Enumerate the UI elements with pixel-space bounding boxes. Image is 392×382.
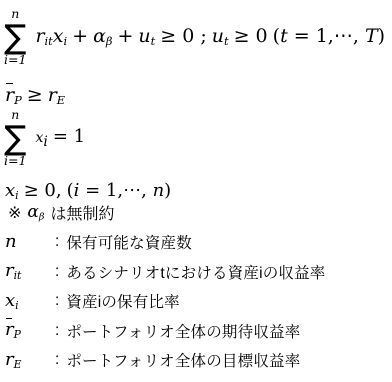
formula-document: n ∑ i=1 ritxi+αβ+ut≥ 0 ;ut≥ 0(t = 1,⋯, T…	[0, 0, 392, 382]
sigma-symbol: ∑	[4, 21, 26, 52]
var-T: T	[365, 25, 378, 47]
sum-lower-limit: i=1	[4, 53, 26, 67]
constraint-nonnegativity: xi≥ 0,(i = 1,⋯, n)	[5, 180, 171, 202]
plus-operator: +	[72, 25, 88, 47]
plus-operator: +	[118, 25, 134, 47]
definition-symbol: rP	[5, 319, 55, 341]
constraint-budget: n ∑ i=1 xi= 1	[4, 105, 90, 171]
note-alpha-unconstrained: ※ αβ は無制約	[8, 201, 114, 224]
constraint-scenario-expression: ritxi+αβ+ut≥ 0 ;ut≥ 0(t = 1,⋯, T)	[35, 25, 385, 48]
sub-P: P	[14, 329, 21, 342]
var-x: x	[5, 290, 15, 311]
sub-i: i	[63, 35, 67, 49]
reference-mark: ※	[8, 203, 21, 223]
definition-text: あるシナリオtにおける資産iの収益率	[66, 261, 325, 283]
var-alpha: α	[27, 202, 38, 222]
constraint-budget-expression: xi= 1	[35, 126, 90, 150]
definition-row-rbarP: rP : ポートフォリオ全体の期待収益率	[5, 319, 392, 343]
var-u: u	[212, 25, 224, 47]
range-text: = 1,⋯,	[294, 25, 359, 47]
definition-text: ポートフォリオ全体の目標収益率	[66, 349, 300, 371]
var-x: x	[5, 180, 15, 201]
paren-close: )	[378, 25, 385, 47]
definition-symbol: rit	[5, 260, 55, 282]
var-n: n	[153, 180, 165, 201]
var-r: r	[5, 260, 14, 281]
var-r-bar: r	[5, 84, 14, 106]
definition-symbol: xi	[5, 290, 55, 312]
var-i: i	[74, 180, 80, 201]
sub-beta: β	[106, 35, 113, 49]
symbol-legend: n : 保有可能な資産数 rit : あるシナリオtにおける資産iの収益率 xi…	[5, 230, 392, 378]
definition-row-xi: xi : 資産iの保有比率	[5, 289, 392, 313]
sub-beta: β	[39, 212, 45, 223]
geq-operator: ≥	[27, 84, 43, 106]
var-r: r	[48, 84, 57, 106]
var-r: r	[5, 349, 14, 370]
definition-colon: :	[55, 233, 59, 251]
paren-open: (	[273, 25, 280, 47]
definition-colon: :	[55, 292, 59, 310]
var-t: t	[280, 25, 288, 47]
sub-it: it	[14, 270, 22, 283]
note-text: は無制約	[50, 201, 114, 224]
geq-zero: ≥ 0	[234, 25, 268, 47]
constraint-scenario-formula: n ∑ i=1 ritxi+αβ+ut≥ 0 ;ut≥ 0(t = 1,⋯, T…	[4, 4, 385, 70]
var-x: x	[53, 25, 64, 47]
definition-colon: :	[55, 351, 59, 369]
definition-symbol: n	[5, 231, 55, 253]
definition-text: ポートフォリオ全体の期待収益率	[66, 320, 300, 342]
var-r-bar: r	[5, 319, 14, 340]
constraint-expected-return: rP≥rE	[5, 84, 65, 107]
geq-zero-semicolon: ≥ 0 ;	[160, 25, 207, 47]
equals-one: = 1	[53, 126, 85, 147]
sub-i: i	[43, 134, 47, 150]
range-text: = 1,⋯,	[85, 180, 147, 201]
var-alpha-group: αβ	[27, 202, 44, 223]
paren-open: (	[67, 180, 74, 201]
var-r: r	[5, 84, 14, 106]
definition-text: 資産iの保有比率	[66, 290, 180, 312]
var-u: u	[138, 25, 150, 47]
var-r: r	[35, 25, 44, 47]
definition-colon: :	[55, 263, 59, 281]
definition-colon: :	[55, 322, 59, 340]
sub-t: t	[151, 35, 156, 49]
sub-it: it	[45, 35, 53, 49]
sub-E: E	[14, 358, 22, 371]
definition-symbol: rE	[5, 349, 55, 371]
geq-zero-comma: ≥ 0,	[24, 180, 62, 201]
sub-t: t	[224, 35, 229, 49]
definition-text: 保有可能な資産数	[66, 231, 192, 253]
summation-operator: n ∑ i=1	[4, 108, 26, 168]
definition-row-rit: rit : あるシナリオtにおける資産iの収益率	[5, 260, 392, 284]
var-r: r	[5, 319, 14, 340]
definition-row-n: n : 保有可能な資産数	[5, 230, 392, 254]
sigma-symbol: ∑	[4, 122, 26, 153]
sum-lower-limit: i=1	[4, 154, 26, 168]
summation-operator: n ∑ i=1	[4, 7, 26, 67]
sub-i: i	[15, 299, 18, 312]
var-n: n	[5, 231, 17, 252]
var-alpha: α	[93, 25, 106, 47]
definition-row-rE: rE : ポートフォリオ全体の目標収益率	[5, 348, 392, 372]
paren-close: )	[164, 180, 171, 201]
